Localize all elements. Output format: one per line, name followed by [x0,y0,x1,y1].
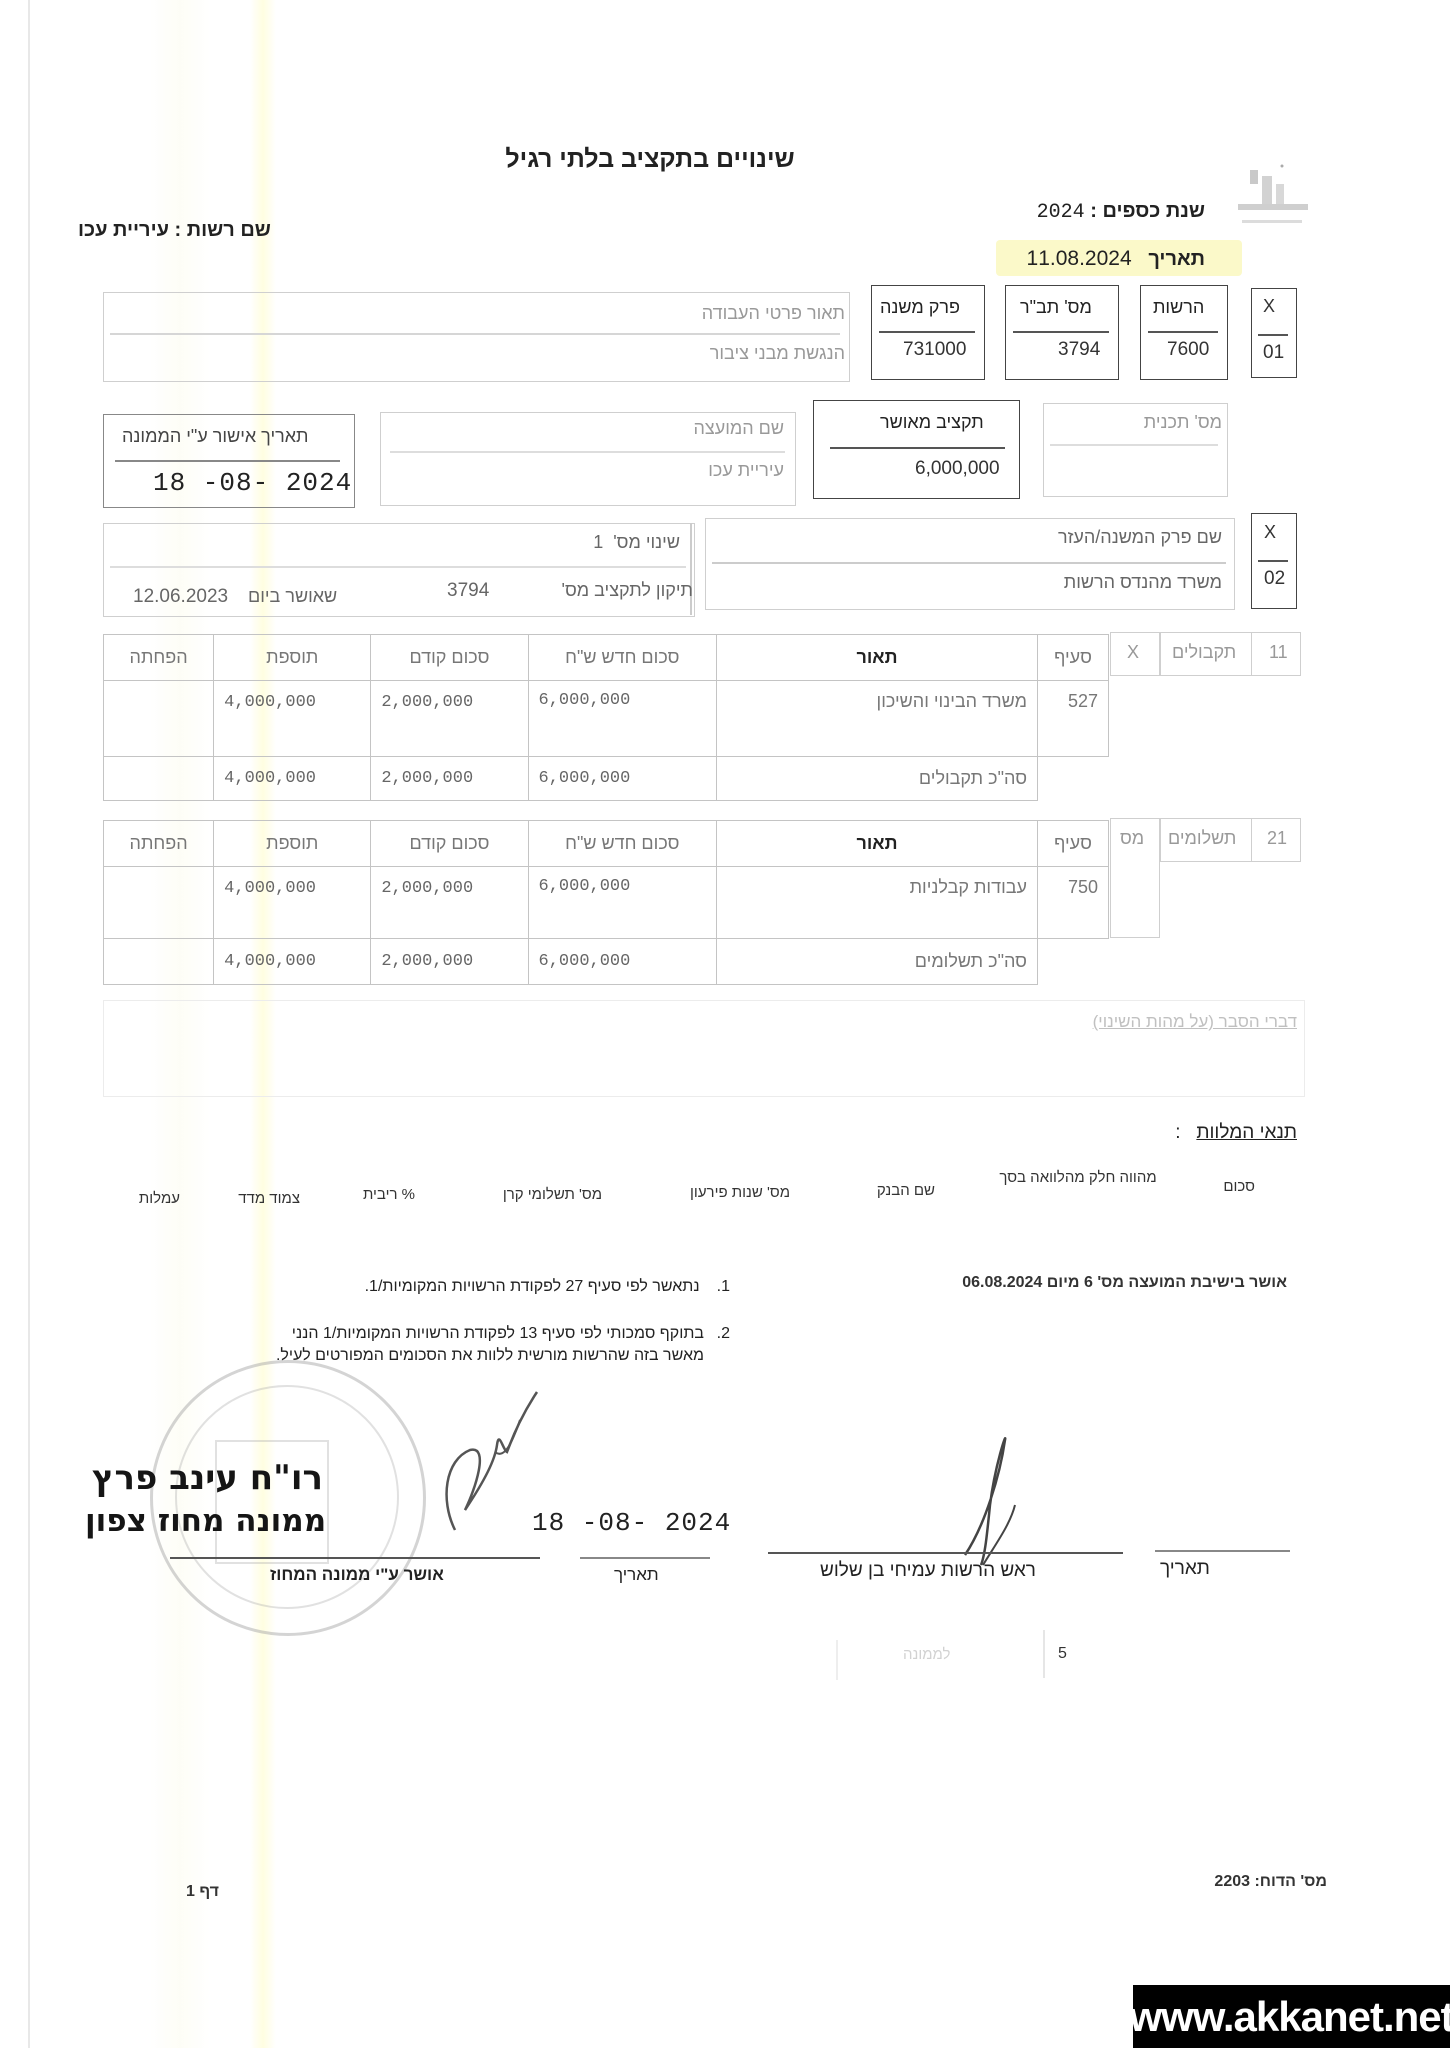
authority-value: 7600 [1167,339,1209,361]
faint-box-number: 5 [1058,1645,1067,1663]
sub-chapter-value: 731000 [903,339,966,361]
trustee-approval-date-label: תאריך אישור ע"י הממונה [122,426,308,447]
row-new-amount: 6,000,000 [528,867,716,939]
change-number-label: שינוי מס' [613,532,680,552]
loan-col-interest: % ריבית [363,1186,415,1203]
receipts-code: 11 [1269,642,1288,663]
loan-col-principal-payments: מס' תשלומי קרן [503,1186,602,1203]
document-title: שינויים בתקציב בלתי רגיל [0,145,1300,174]
change-number-value: 1 [593,532,603,552]
date-label: תאריך [1148,248,1205,270]
sub-chapter-name-value: משרד מהנדס הרשות [1064,572,1222,593]
row-section: 750 [1038,867,1109,939]
section-01-code: 01 [1263,342,1284,364]
note-number: 2. [704,1323,730,1367]
tabar-label: מס' תב"ר [1020,297,1092,318]
council-name-label: שם המועצה [694,418,785,439]
municipality-logo-icon [1228,162,1323,242]
total-label: סה"כ תקבולים [717,757,1038,801]
col-reduction: הפחתה [104,821,214,867]
col-addition: תוספת [214,635,371,681]
row-prev-amount: 2,000,000 [371,681,528,757]
faint-box-label: לממונה [903,1646,951,1663]
total-reduction [104,939,214,985]
report-number: מס' הדוח: 2203 [1214,1873,1327,1891]
head-of-authority-label: ראש הרשות עמיחי בן שלוש [820,1560,1036,1582]
date-value: 11.08.2024 [1027,247,1132,270]
col-section: סעיף [1038,635,1109,681]
receipts-table: סעיף תאור סכום חדש ש"ח סכום קודם תוספת ה… [103,634,1109,801]
trustee-date-line [580,1557,710,1559]
loan-col-part-of-loan: מהווה חלק מהלוואה בסך [998,1168,1158,1188]
payments-code: 21 [1267,828,1287,849]
note-text: נתאשר לפי סעיף 27 לפקודת הרשויות המקומיו… [365,1278,700,1295]
plan-number-label: מס' תכנית [1144,412,1222,433]
total-prev-amount: 2,000,000 [371,939,528,985]
loan-col-bank-name: שם הבנק [877,1182,935,1199]
approved-budget-value: 6,000,000 [915,458,1000,480]
sub-chapter-label: פרק משנה [880,297,960,318]
col-description: תאור [717,821,1038,867]
row-addition: 4,000,000 [214,867,371,939]
page-edge [28,0,30,2048]
col-addition: תוספת [214,821,371,867]
total-new-amount: 6,000,000 [528,939,716,985]
col-section: סעיף [1038,821,1109,867]
table-row: 750 עבודות קבלניות 6,000,000 2,000,000 4… [104,867,1109,939]
head-date-line [1155,1550,1290,1552]
trustee-approval-date-value: 18 -08- 2024 [153,468,352,498]
authority-name-label: שם רשות : [175,219,271,241]
amendment-value: 3794 [447,580,489,602]
note-2: 2. בתוקף סמכותי לפי סעיף 13 לפקודת הרשוי… [250,1323,730,1367]
row-reduction [104,681,214,757]
authority-name-value: עיריית עכו [78,219,169,241]
loan-terms-title: תנאי המלוות : [1175,1122,1297,1144]
col-new-amount: סכום חדש ש"ח [528,821,716,867]
total-prev-amount: 2,000,000 [371,757,528,801]
payments-mas-label: מס [1120,828,1144,849]
head-signature-line [768,1552,1123,1554]
col-reduction: הפחתה [104,635,214,681]
total-reduction [104,757,214,801]
section-01-x-mark: X [1263,296,1275,317]
council-approval-text: אושר בישיבת המועצה מס' 6 מיום 06.08.2024 [962,1274,1287,1292]
approved-budget-label: תקציב מאושר [880,412,984,433]
document-date: תאריך 11.08.2024 [1027,247,1205,271]
head-date-label: תאריך [1160,1558,1210,1580]
col-new-amount: סכום חדש ש"ח [528,635,716,681]
authority-label: הרשות [1153,297,1204,318]
total-row: סה"כ תקבולים 6,000,000 2,000,000 4,000,0… [104,757,1109,801]
sub-chapter-name-label: שם פרק המשנה/העזר [1058,527,1222,548]
loan-col-repayment-years: מס' שנות פירעון [690,1184,790,1201]
loan-col-indexed: צמוד מדד [238,1190,300,1207]
trustee-signature-line [170,1557,540,1559]
total-label: סה"כ תשלומים [717,939,1038,985]
note-1: 1. נתאשר לפי סעיף 27 לפקודת הרשויות המקו… [250,1278,730,1296]
amendment-label: תיקון לתקציב מס' [562,580,693,601]
page-number: דף 1 [186,1883,219,1901]
total-row: סה"כ תשלומים 6,000,000 2,000,000 4,000,0… [104,939,1109,985]
report-number-label: מס' הדוח: [1254,1873,1327,1890]
col-prev-amount: סכום קודם [371,821,528,867]
row-section: 527 [1038,681,1109,757]
total-addition: 4,000,000 [214,939,371,985]
approved-on-label: שאושר ביום [248,586,337,607]
trustee-stamp-name: רו"ח עינב פרץ [92,1458,323,1498]
colon: : [1175,1122,1180,1143]
loan-terms-title-text: תנאי המלוות [1196,1122,1297,1143]
payments-table: סעיף תאור סכום חדש ש"ח סכום קודם תוספת ה… [103,820,1109,985]
loan-col-amount: סכום [1223,1178,1255,1195]
receipts-label: תקבולים [1172,642,1236,663]
approved-on-value: 12.06.2023 [133,586,228,608]
row-reduction [104,867,214,939]
payments-label: תשלומים [1168,828,1236,849]
trustee-date-label: תאריך [614,1565,659,1585]
fiscal-year-value: 2024 [1037,201,1085,224]
section-02-x-mark: X [1264,522,1276,543]
trustee-signature-date: 18 -08- 2024 [532,1508,731,1538]
site-watermark: www.akkanet.net [1133,1985,1450,2048]
page-number-value: 1 [186,1883,195,1900]
note-text: בתוקף סמכותי לפי סעיף 13 לפקודת הרשויות … [264,1323,704,1367]
total-addition: 4,000,000 [214,757,371,801]
head-signature-icon [955,1435,1045,1580]
change-number: שינוי מס' 1 [593,532,680,553]
row-prev-amount: 2,000,000 [371,867,528,939]
note-number: 1. [704,1278,730,1296]
trustee-approval-label: אושר ע"י ממונה המחוז [270,1565,444,1585]
row-description: עבודות קבלניות [717,867,1038,939]
row-description: משרד הבינוי והשיכון [717,681,1038,757]
tabar-value: 3794 [1058,339,1100,361]
loan-col-fees: עמלות [139,1190,180,1207]
authority-name: שם רשות : עיריית עכו [78,219,271,242]
council-name-value: עיריית עכו [708,460,784,481]
work-description-value: הנגשת מבני ציבור [710,343,845,364]
row-new-amount: 6,000,000 [528,681,716,757]
col-prev-amount: סכום קודם [371,635,528,681]
col-description: תאור [717,635,1038,681]
report-number-value: 2203 [1214,1873,1250,1890]
fiscal-year: שנת כספים : 2024 [1037,200,1205,224]
trustee-stamp-title: ממונה מחוז צפון [85,1503,326,1539]
explanation-label: דברי הסבר (על מהות השינוי) [1093,1012,1297,1032]
fiscal-year-label: שנת כספים : [1090,200,1205,222]
row-addition: 4,000,000 [214,681,371,757]
receipts-x-mark: X [1127,642,1139,663]
section-02-code: 02 [1264,568,1285,590]
table-row: 527 משרד הבינוי והשיכון 6,000,000 2,000,… [104,681,1109,757]
total-new-amount: 6,000,000 [528,757,716,801]
page-label: דף [199,1883,219,1900]
work-description-label: תאור פרטי העבודה [702,303,845,324]
